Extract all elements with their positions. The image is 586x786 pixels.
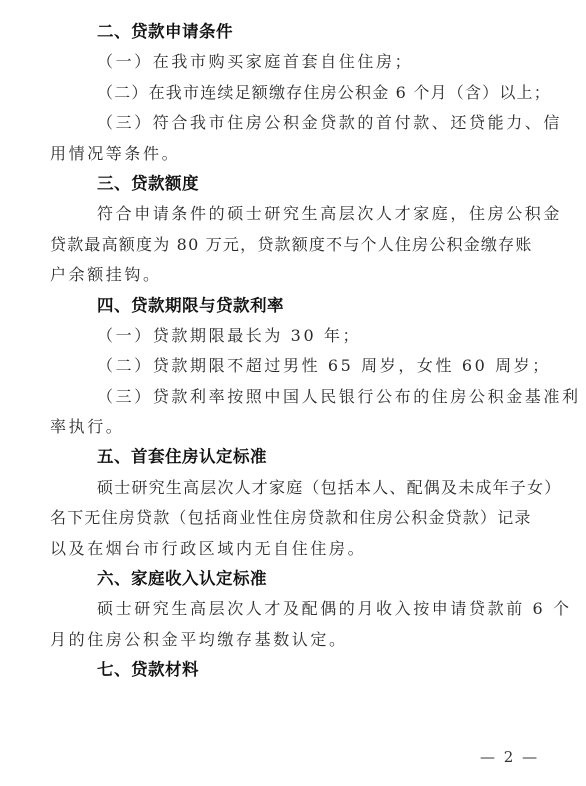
paragraph-line: （二）在我市连续足额缴存住房公积金 6 个月（含）以上； <box>50 78 540 108</box>
section-heading-4: 四、贷款期限与贷款利率 <box>50 291 540 321</box>
paragraph-line: 月的住房公积金平均缴存基数认定。 <box>50 625 540 655</box>
paragraph-line: （一）在我市购买家庭首套自住住房； <box>50 47 540 77</box>
page-number: — 2 — <box>480 748 539 766</box>
paragraph-line: （三）贷款利率按照中国人民银行公布的住房公积金基准利 <box>50 382 540 412</box>
paragraph-line: 名下无住房贷款（包括商业性住房贷款和住房公积金贷款）记录 <box>50 503 540 533</box>
paragraph-line: （一）贷款期限最长为 30 年； <box>50 321 540 351</box>
paragraph-line: 用情况等条件。 <box>50 139 540 169</box>
section-heading-7: 七、贷款材料 <box>50 655 540 685</box>
paragraph-line: 户余额挂钩。 <box>50 260 540 290</box>
section-heading-2: 二、贷款申请条件 <box>50 17 540 47</box>
paragraph-line: 以及在烟台市行政区域内无自住住房。 <box>50 534 540 564</box>
paragraph-line: 硕士研究生高层次人才家庭（包括本人、配偶及未成年子女） <box>50 473 540 503</box>
section-heading-5: 五、首套住房认定标准 <box>50 442 540 472</box>
section-heading-6: 六、家庭收入认定标准 <box>50 564 540 594</box>
document-page: 二、贷款申请条件 （一）在我市购买家庭首套自住住房； （二）在我市连续足额缴存住… <box>50 17 540 686</box>
section-heading-3: 三、贷款额度 <box>50 169 540 199</box>
paragraph-line: （三）符合我市住房公积金贷款的首付款、还贷能力、信 <box>50 108 540 138</box>
paragraph-line: 硕士研究生高层次人才及配偶的月收入按申请贷款前 6 个 <box>50 594 540 624</box>
paragraph-line: 符合申请条件的硕士研究生高层次人才家庭，住房公积金 <box>50 199 540 229</box>
paragraph-line: （二）贷款期限不超过男性 65 周岁，女性 60 周岁； <box>50 351 540 381</box>
paragraph-line: 贷款最高额度为 80 万元，贷款额度不与个人住房公积金缴存账 <box>50 230 540 260</box>
paragraph-line: 率执行。 <box>50 412 540 442</box>
